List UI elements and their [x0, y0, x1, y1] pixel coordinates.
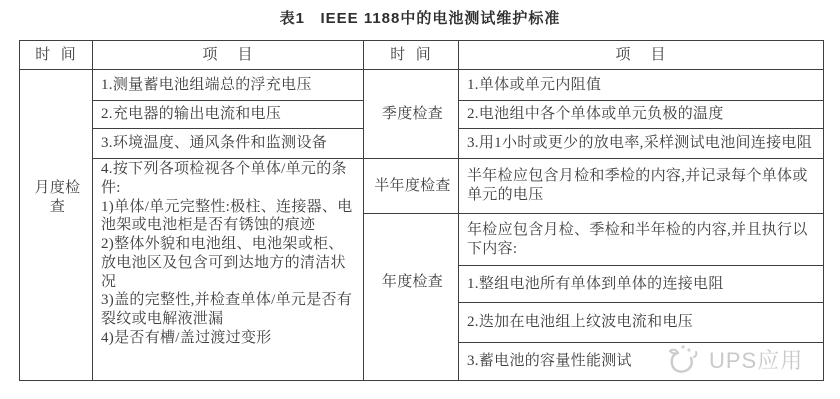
monthly-item-4-line: 4.按下列各项检视各个单体/单元的条件: [101, 160, 358, 198]
annual-item-3: 3.蓄电池的容量性能测试 [459, 343, 824, 381]
monthly-item-4-line: 1)单体/单元完整性:极柱、连接器、电池架或电池柜是否有锈蚀的痕迹 [101, 198, 358, 236]
annual-item-2: 2.迭加在电池组上纹波电流和电压 [459, 303, 824, 343]
monthly-item-4-line: 2)整体外貌和电池组、电池架或柜、放电池区及包含可到达地方的清洁状况 [101, 235, 358, 291]
header-item-left: 项 目 [93, 41, 364, 70]
quarterly-item-1: 1.单体或单元内阻值 [459, 70, 824, 101]
maintenance-standards-table: 时 间 项 目 时 间 项 目 月度检查 1.测量蓄电池组端总的浮充电压 季度检… [19, 40, 824, 381]
monthly-item-4-line: 3)盖的完整性,并检查单体/单元是否有裂纹或电解液泄漏 [101, 291, 358, 329]
quarterly-item-2: 2.电池组中各个单体或单元负极的温度 [459, 101, 824, 129]
monthly-item-3: 3.环境温度、通风条件和监测设备 [93, 129, 364, 159]
annual-item-1: 1.整组电池所有单体到单体的连接电阻 [459, 266, 824, 303]
header-row: 时 间 项 目 时 间 项 目 [20, 41, 824, 70]
monthly-item-1: 1.测量蓄电池组端总的浮充电压 [93, 70, 364, 101]
table-row: 4.按下列各项检视各个单体/单元的条件: 1)单体/单元完整性:极柱、连接器、电… [20, 159, 824, 214]
semiannual-check-label: 半年度检查 [364, 159, 459, 214]
monthly-check-label: 月度检查 [20, 70, 93, 381]
quarterly-check-label: 季度检查 [364, 70, 459, 159]
annual-check-label: 年度检查 [364, 214, 459, 381]
semiannual-item-1: 半年检应包含月检和季检的内容,并记录每个单体或单元的电压 [459, 159, 824, 214]
monthly-item-4-line: 4)是否有槽/盖过渡过变形 [101, 329, 358, 348]
header-time-left: 时 间 [20, 41, 93, 70]
page-title: 表1 IEEE 1188中的电池测试维护标准 [0, 7, 840, 28]
monthly-item-4: 4.按下列各项检视各个单体/单元的条件: 1)单体/单元完整性:极柱、连接器、电… [93, 159, 364, 381]
header-time-right: 时 间 [364, 41, 459, 70]
annual-intro: 年检应包含月检、季检和半年检的内容,并且执行以下内容: [459, 214, 824, 266]
quarterly-item-3: 3.用1小时或更少的放电率,采样测试电池间连接电阻 [459, 129, 824, 159]
header-item-right: 项 目 [459, 41, 824, 70]
monthly-item-2: 2.充电器的输出电流和电压 [93, 101, 364, 129]
table-row: 月度检查 1.测量蓄电池组端总的浮充电压 季度检查 1.单体或单元内阻值 [20, 70, 824, 101]
